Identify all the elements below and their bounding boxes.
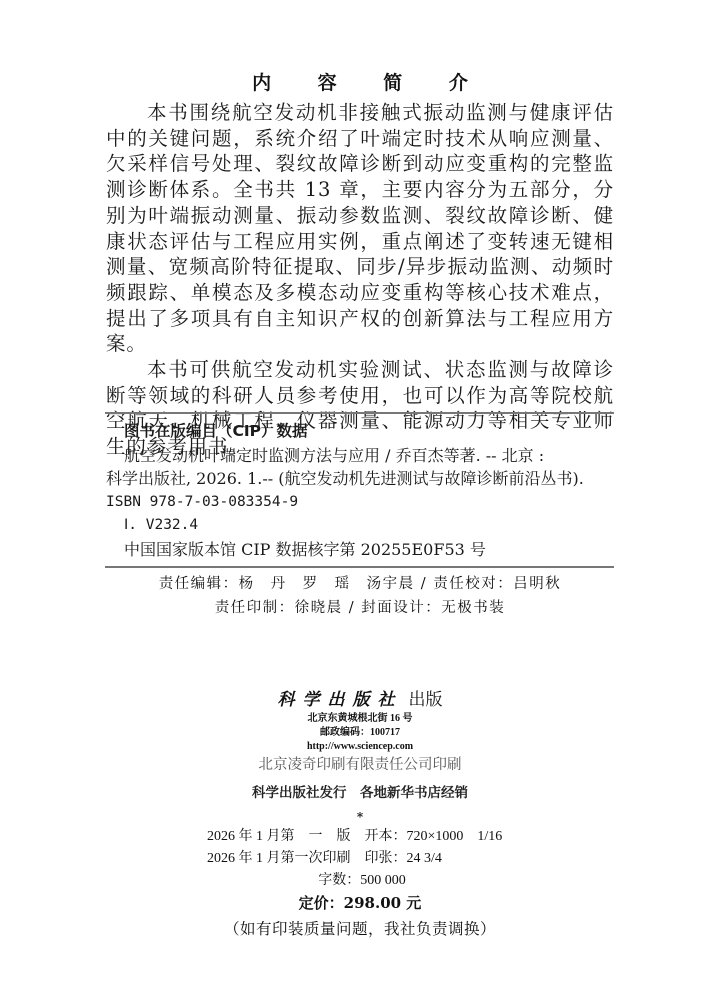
summary-paragraph: 本书围绕航空发动机非接触式振动监测与健康评估中的关键问题，系统介绍了叶端定时技术… bbox=[106, 100, 614, 357]
cip-block: 图书在版编目（CIP）数据 航空发动机叶端定时监测方法与应用 / 乔百杰等著. … bbox=[106, 420, 614, 562]
summary-title: 内 容 简 介 bbox=[0, 68, 720, 95]
cip-title-line: 航空发动机叶端定时监测方法与应用 / 乔百杰等著. -- 北京 : bbox=[106, 444, 614, 468]
cip-classification: Ⅰ. V232.4 bbox=[106, 514, 614, 538]
publisher-postcode: 邮政编码：100717 bbox=[0, 726, 720, 740]
editor-credits: 责任编辑：杨 丹 罗 瑶 汤宇晨 / 责任校对：吕明秋 bbox=[0, 572, 720, 596]
copyright-page: 内 容 简 介 本书围绕航空发动机非接触式振动监测与健康评估中的关键问题，系统介… bbox=[0, 0, 720, 1000]
cip-isbn: ISBN 978-7-03-083354-9 bbox=[106, 491, 614, 515]
publisher-suffix: 出版 bbox=[409, 690, 443, 710]
cip-bottom-rule bbox=[105, 566, 614, 568]
quality-notice: （如有印装质量问题，我社负责调换） bbox=[0, 917, 720, 941]
cip-publisher-line: 科学出版社, 2026. 1.-- (航空发动机先进测试与故障诊断前沿丛书). bbox=[106, 467, 614, 491]
publisher-logo: 科学出版社 bbox=[278, 690, 403, 710]
summary-body: 本书围绕航空发动机非接触式振动监测与健康评估中的关键问题，系统介绍了叶端定时技术… bbox=[106, 100, 614, 460]
credits-block: 责任编辑：杨 丹 罗 瑶 汤宇晨 / 责任校对：吕明秋 责任印制：徐晓晨 / 封… bbox=[0, 572, 720, 620]
distribution-line: 科学出版社发行 各地新华书店经销 bbox=[0, 776, 720, 810]
printer-line: 北京凌奇印刷有限责任公司印刷 bbox=[0, 754, 720, 776]
cip-heading: 图书在版编目（CIP）数据 bbox=[106, 420, 614, 444]
edition-line: 2026 年 1 月第 一 版 开本：720×1000 1/16 bbox=[207, 826, 527, 848]
publisher-address: 北京东黄城根北街 16 号 bbox=[0, 712, 720, 726]
cip-record-number: 中国国家版本馆 CIP 数据核字第 20255E0F53 号 bbox=[106, 538, 614, 562]
publisher-line: 科学出版社出版 bbox=[0, 688, 720, 712]
edition-specs: 2026 年 1 月第 一 版 开本：720×1000 1/16 2026 年 … bbox=[207, 826, 527, 892]
cip-top-rule bbox=[105, 412, 614, 414]
price-label: 定价：298.00 元 bbox=[0, 892, 720, 914]
production-credits: 责任印制：徐晓晨 / 封面设计：无极书装 bbox=[0, 596, 720, 620]
publisher-website: http://www.sciencep.com bbox=[0, 740, 720, 754]
imprint-block: 科学出版社出版 北京东黄城根北街 16 号 邮政编码：100717 http:/… bbox=[0, 688, 720, 824]
separator-star: * bbox=[0, 810, 720, 824]
word-count-line: 字数：500 000 bbox=[207, 870, 517, 892]
printing-line: 2026 年 1 月第一次印刷 印张：24 3/4 bbox=[207, 848, 527, 870]
